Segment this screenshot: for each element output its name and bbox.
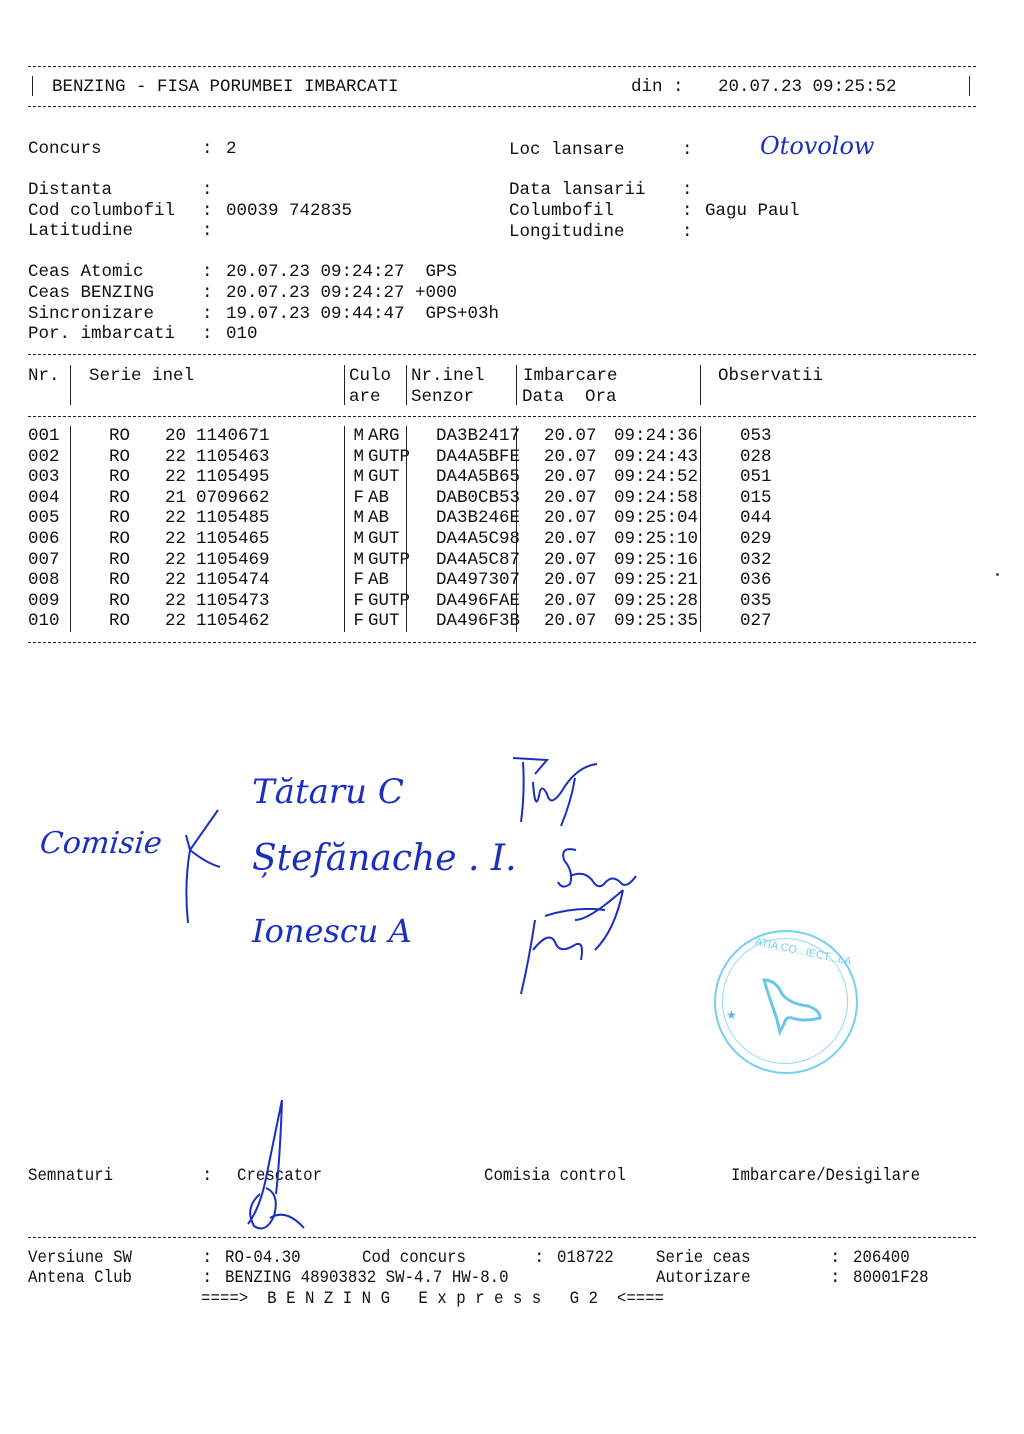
comisia-control-label: Comisia control [484, 1166, 626, 1186]
table-row: 007RO221105469MGUTPDA4A5C8720.0709:25:16… [28, 550, 820, 571]
header-col-sep-2 [344, 365, 345, 405]
signature-3-icon [515, 880, 645, 1000]
row-observatii: 044 [734, 508, 820, 529]
row-year: 22 [130, 529, 186, 550]
ceas-benzing-value: 20.07.23 09:24:27 +000 [226, 283, 457, 304]
row-date: 20.07 [540, 611, 604, 632]
row-nr: 003 [28, 467, 70, 488]
serie-ceas-colon: : [830, 1248, 841, 1268]
document-title: BENZING - FISA PORUMBEI IMBARCATI [52, 77, 399, 98]
date-value: 20.07.23 09:25:52 [718, 77, 897, 98]
row-time: 09:25:04 [604, 508, 734, 529]
por-imbarcati-value: 010 [226, 324, 258, 345]
col-header-observatii: Observatii [718, 366, 823, 387]
semnaturi-colon: : [202, 1166, 213, 1186]
latitudine-colon: : [202, 221, 213, 242]
table-row: 003RO221105495MGUTDA4A5B6520.0709:24:520… [28, 467, 820, 488]
row-ring-number: 1105474 [186, 570, 308, 591]
autorizare-label: Autorizare [656, 1268, 751, 1288]
row-time: 09:25:28 [604, 591, 734, 612]
sincronizare-colon: : [202, 304, 213, 325]
row-time: 09:25:35 [604, 611, 734, 632]
row-observatii: 035 [734, 591, 820, 612]
table-row: 005RO221105485MABDA3B246E20.0709:25:0404… [28, 508, 820, 529]
concurs-label: Concurs [28, 139, 102, 160]
row-observatii: 029 [734, 529, 820, 550]
row-color: GUTP [364, 550, 432, 571]
row-ring-number: 1105463 [186, 447, 308, 468]
row-country: RO [70, 488, 130, 509]
serie-ceas-value: 206400 [853, 1248, 910, 1268]
ceas-benzing-label: Ceas BENZING [28, 283, 154, 304]
table-row: 002RO221105463MGUTPDA4A5BFE20.0709:24:43… [28, 447, 820, 468]
header-left-border [32, 76, 33, 96]
comisie-handwritten: Comisie [38, 826, 163, 861]
club-stamp: ATIA CO...IECT...LA ★ [714, 930, 858, 1074]
row-sex: M [308, 426, 364, 447]
row-sex: M [308, 447, 364, 468]
row-ring-number: 1105462 [186, 611, 308, 632]
row-year: 20 [130, 426, 186, 447]
row-sensor: DA496FAE [432, 591, 540, 612]
versiune-sw-value: RO-04.30 [225, 1248, 301, 1268]
row-observatii: 051 [734, 467, 820, 488]
header-col-sep-1 [70, 365, 71, 405]
row-country: RO [70, 467, 130, 488]
loc-lansare-colon: : [682, 140, 693, 161]
benzing-express-banner: ====> B E N Z I N G E x p r e s s G 2 <=… [201, 1289, 664, 1309]
row-color: ARG [364, 426, 432, 447]
row-country: RO [70, 591, 130, 612]
row-ring-number: 1105469 [186, 550, 308, 571]
row-nr: 009 [28, 591, 70, 612]
table-bottom-divider [28, 642, 976, 643]
cod-concurs-colon: : [534, 1248, 545, 1268]
row-observatii: 053 [734, 426, 820, 447]
row-observatii: 032 [734, 550, 820, 571]
ceas-atomic-value: 20.07.23 09:24:27 GPS [226, 262, 457, 283]
loc-lansare-label: Loc lansare [509, 140, 625, 161]
ceas-atomic-label: Ceas Atomic [28, 262, 144, 283]
row-country: RO [70, 550, 130, 571]
latitudine-label: Latitudine [28, 221, 133, 242]
crescator-signature-icon [230, 1098, 310, 1234]
header-top-divider [28, 66, 976, 67]
cod-columbofil-label: Cod columbofil [28, 201, 175, 222]
row-sensor: DA3B2417 [432, 426, 540, 447]
header-col-sep-3 [406, 365, 407, 405]
member-2-handwritten: Ștefănache . I. [252, 838, 517, 879]
sincronizare-value: 19.07.23 09:44:47 GPS+03h [226, 304, 499, 325]
row-sex: F [308, 611, 364, 632]
row-color: GUTP [364, 591, 432, 612]
pigeon-table: 001RO201140671MARGDA3B241720.0709:24:360… [28, 426, 820, 632]
col-header-imbarcare-2: Data Ora [522, 387, 617, 408]
col-header-nr-inel-1: Nr.inel [411, 366, 485, 387]
row-date: 20.07 [540, 488, 604, 509]
member-1-handwritten: Tătaru C [252, 772, 404, 812]
row-sensor: DA3B246E [432, 508, 540, 529]
versiune-sw-label: Versiune SW [28, 1248, 132, 1268]
row-year: 22 [130, 591, 186, 612]
autorizare-value: 80001F28 [853, 1268, 929, 1288]
cod-concurs-label: Cod concurs [362, 1248, 466, 1268]
row-date: 20.07 [540, 447, 604, 468]
table-row: 006RO221105465MGUTDA4A5C9820.0709:25:100… [28, 529, 820, 550]
sincronizare-label: Sincronizare [28, 304, 154, 325]
row-observatii: 036 [734, 570, 820, 591]
columbofil-colon: : [682, 201, 693, 222]
row-nr: 008 [28, 570, 70, 591]
row-color: AB [364, 488, 432, 509]
row-sex: F [308, 591, 364, 612]
table-row: 004RO210709662FABDAB0CB5320.0709:24:5801… [28, 488, 820, 509]
row-year: 22 [130, 508, 186, 529]
table-header-divider [28, 416, 976, 417]
row-observatii: 027 [734, 611, 820, 632]
row-year: 22 [130, 570, 186, 591]
distanta-label: Distanta [28, 180, 112, 201]
row-nr: 006 [28, 529, 70, 550]
row-sex: F [308, 570, 364, 591]
row-time: 09:24:58 [604, 488, 734, 509]
row-color: AB [364, 508, 432, 529]
data-lansarii-colon: : [682, 180, 693, 201]
concurs-colon: : [202, 139, 213, 160]
row-ring-number: 1105465 [186, 529, 308, 550]
row-date: 20.07 [540, 508, 604, 529]
row-sensor: DA4A5B65 [432, 467, 540, 488]
row-sex: M [308, 529, 364, 550]
row-sensor: DA4A5BFE [432, 447, 540, 468]
antena-club-label: Antena Club [28, 1268, 132, 1288]
loc-lansare-handwritten: Otovolow [760, 132, 874, 160]
header-right-border [969, 76, 970, 96]
row-nr: 007 [28, 550, 70, 571]
row-country: RO [70, 611, 130, 632]
row-nr: 004 [28, 488, 70, 509]
row-sensor: DA496F3B [432, 611, 540, 632]
row-date: 20.07 [540, 591, 604, 612]
row-time: 09:25:10 [604, 529, 734, 550]
row-time: 09:24:36 [604, 426, 734, 447]
autorizare-colon: : [830, 1268, 841, 1288]
table-row: 008RO221105474FABDA49730720.0709:25:2103… [28, 570, 820, 591]
serie-ceas-label: Serie ceas [656, 1248, 751, 1268]
longitudine-label: Longitudine [509, 222, 625, 243]
row-observatii: 015 [734, 488, 820, 509]
cod-columbofil-colon: : [202, 201, 213, 222]
row-ring-number: 0709662 [186, 488, 308, 509]
row-country: RO [70, 426, 130, 447]
columbofil-label: Columbofil [509, 201, 614, 222]
row-date: 20.07 [540, 529, 604, 550]
row-country: RO [70, 529, 130, 550]
row-year: 22 [130, 611, 186, 632]
columbofil-value: Gagu Paul [705, 201, 800, 222]
row-color: AB [364, 570, 432, 591]
col-header-culoare-1: Culo [349, 366, 391, 387]
col-header-imbarcare-1: Imbarcare [523, 366, 618, 387]
ceas-atomic-colon: : [202, 262, 213, 283]
row-country: RO [70, 570, 130, 591]
row-sex: M [308, 467, 364, 488]
date-label: din : [631, 77, 684, 98]
pigeon-icon [760, 976, 824, 1036]
row-country: RO [70, 447, 130, 468]
table-top-divider [28, 354, 976, 355]
row-year: 22 [130, 467, 186, 488]
scan-speck [996, 573, 999, 576]
row-color: GUT [364, 467, 432, 488]
row-date: 20.07 [540, 570, 604, 591]
col-header-nr: Nr. [28, 366, 60, 387]
row-sex: M [308, 508, 364, 529]
row-color: GUT [364, 529, 432, 550]
table-row: 009RO221105473FGUTPDA496FAE20.0709:25:28… [28, 591, 820, 612]
row-sensor: DA4A5C87 [432, 550, 540, 571]
row-ring-number: 1105473 [186, 591, 308, 612]
star-icon: ★ [726, 1008, 737, 1023]
table-row: 010RO221105462FGUTDA496F3B20.0709:25:350… [28, 611, 820, 632]
row-date: 20.07 [540, 467, 604, 488]
header-bottom-divider [28, 106, 976, 107]
imbarcare-desigilare-label: Imbarcare/Desigilare [731, 1166, 920, 1186]
row-year: 22 [130, 447, 186, 468]
versiune-sw-colon: : [202, 1248, 213, 1268]
semnaturi-label: Semnaturi [28, 1166, 113, 1186]
row-nr: 002 [28, 447, 70, 468]
concurs-value: 2 [226, 139, 237, 160]
row-nr: 001 [28, 426, 70, 447]
row-country: RO [70, 508, 130, 529]
por-imbarcati-colon: : [202, 324, 213, 345]
row-color: GUT [364, 611, 432, 632]
header-col-sep-4 [516, 365, 517, 405]
antena-club-colon: : [202, 1268, 213, 1288]
bracket-icon [178, 805, 228, 930]
row-sensor: DA497307 [432, 570, 540, 591]
col-header-nr-inel-2: Senzor [411, 387, 474, 408]
row-date: 20.07 [540, 426, 604, 447]
row-observatii: 028 [734, 447, 820, 468]
por-imbarcati-label: Por. imbarcati [28, 324, 175, 345]
col-header-culoare-2: are [349, 387, 381, 408]
cod-columbofil-value: 00039 742835 [226, 201, 352, 222]
table-row: 001RO201140671MARGDA3B241720.0709:24:360… [28, 426, 820, 447]
row-time: 09:24:52 [604, 467, 734, 488]
row-ring-number: 1140671 [186, 426, 308, 447]
distanta-colon: : [202, 180, 213, 201]
row-ring-number: 1105495 [186, 467, 308, 488]
footer-divider [28, 1237, 976, 1238]
row-sensor: DAB0CB53 [432, 488, 540, 509]
row-nr: 005 [28, 508, 70, 529]
col-header-serie-inel: Serie inel [89, 366, 194, 387]
row-color: GUTP [364, 447, 432, 468]
row-year: 21 [130, 488, 186, 509]
row-time: 09:24:43 [604, 447, 734, 468]
data-lansarii-label: Data lansarii [509, 180, 646, 201]
row-nr: 010 [28, 611, 70, 632]
row-time: 09:25:16 [604, 550, 734, 571]
row-ring-number: 1105485 [186, 508, 308, 529]
antena-club-value: BENZING 48903832 SW-4.7 HW-8.0 [225, 1268, 509, 1288]
signature-1-icon [505, 752, 605, 832]
row-date: 20.07 [540, 550, 604, 571]
row-sex: F [308, 488, 364, 509]
cod-concurs-value: 018722 [557, 1248, 614, 1268]
member-3-handwritten: Ionescu A [252, 912, 412, 950]
row-sex: M [308, 550, 364, 571]
header-col-sep-5 [700, 365, 701, 405]
longitudine-colon: : [682, 222, 693, 243]
row-sensor: DA4A5C98 [432, 529, 540, 550]
ceas-benzing-colon: : [202, 283, 213, 304]
row-year: 22 [130, 550, 186, 571]
row-time: 09:25:21 [604, 570, 734, 591]
